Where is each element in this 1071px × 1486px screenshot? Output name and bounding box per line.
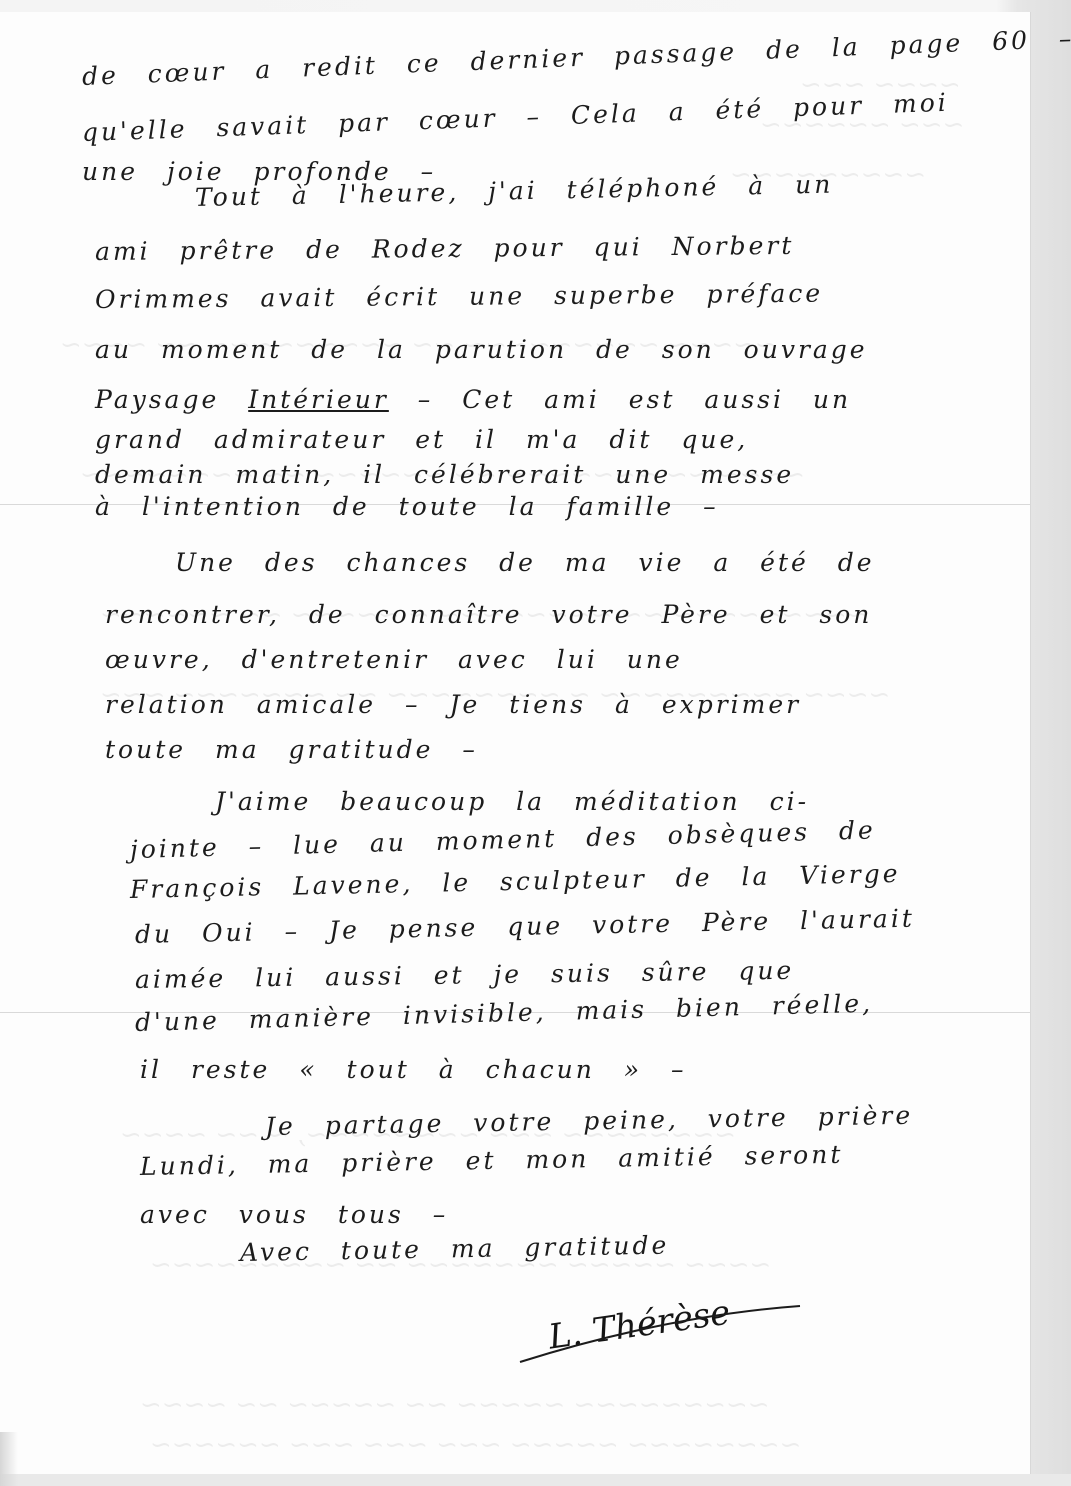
letter-line: aimée lui aussi et je suis sûre que [135, 956, 795, 994]
letter-line: J'aime beaucoup la méditation ci- [215, 787, 809, 816]
letter-text: Paysage [95, 385, 248, 414]
letter-line: Avec toute ma gratitude [240, 1231, 670, 1267]
letter-line: à l'intention de toute la famille – [95, 492, 719, 521]
letter-text: – Cet ami est aussi un [389, 385, 851, 414]
letter-line: d'une manière invisible, mais bien réell… [135, 989, 874, 1037]
letter-line: du Oui – Je pense que votre Père l'aurai… [135, 904, 915, 949]
letter-line: Je partage votre peine, votre prière [265, 1101, 914, 1141]
book-title: Intérieur [248, 385, 389, 414]
letter-line: toute ma gratitude – [105, 735, 478, 764]
signature-underline [510, 1300, 810, 1370]
letter-line: il reste « tout à chacun » – [140, 1055, 687, 1084]
letter-line: Paysage Intérieur – Cet ami est aussi un [95, 385, 851, 414]
letter-line: ami prêtre de Rodez pour qui Norbert [95, 231, 795, 266]
letter-line: jointe – lue au moment des obsèques de [130, 815, 877, 864]
letter-line: qu'elle savait par cœur – Cela a été pou… [81, 88, 949, 147]
letter-line: œuvre, d'entretenir avec lui une [105, 645, 683, 674]
letter-line: Orimmes avait écrit une superbe préface [95, 279, 823, 314]
letter-line: de cœur a redit ce dernier passage de la… [81, 24, 1071, 91]
letter-line: au moment de la parution de son ouvrage [95, 335, 868, 364]
letter-line: rencontrer, de connaître votre Père et s… [105, 600, 872, 629]
letter-line: Une des chances de ma vie a été de [175, 548, 875, 577]
letter-line: avec vous tous – [140, 1200, 448, 1229]
letter-body: de cœur a redit ce dernier passage de la… [0, 0, 1030, 1474]
letter-line: relation amicale – Je tiens à exprimer [105, 690, 801, 719]
letter-line: grand admirateur et il m'a dit que, [95, 425, 748, 454]
letter-line: François Lavene, le sculpteur de la Vier… [130, 859, 901, 904]
letter-line: demain matin, il célébrerait une messe [95, 460, 794, 489]
letter-line: Lundi, ma prière et mon amitié seront [140, 1140, 844, 1181]
